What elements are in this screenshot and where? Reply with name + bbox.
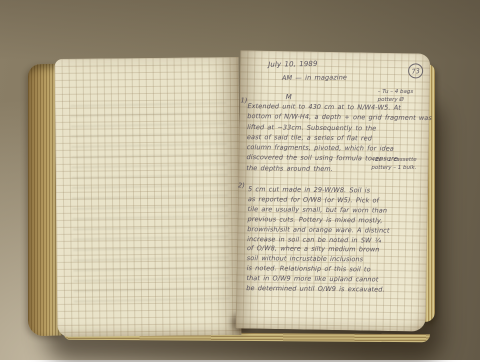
handwritten-time-note: AM — in magazine <box>282 73 347 82</box>
show-through-text <box>70 99 230 310</box>
entry-2-paragraph: 5 cm cut made in 29-W/W8. Soil isas repo… <box>246 185 424 297</box>
photo-background: July 10, 1989 AM — in magazine 73 M – Tu… <box>0 0 480 360</box>
handwritten-line: be determined until O/W9 is excavated. <box>246 284 422 296</box>
notebook: July 10, 1989 AM — in magazine 73 M – Tu… <box>26 48 440 342</box>
entry-1-marker: 1) <box>240 96 247 104</box>
page-number-circle: 73 <box>407 63 423 79</box>
handwritten-line: 42a – 1 cassette <box>371 157 416 165</box>
handwritten-date: July 10, 1989 <box>268 60 317 69</box>
entry-2-marker: 2) <box>238 181 245 189</box>
section-label: M <box>286 93 292 101</box>
handwritten-line: pottery – 1 bulk. <box>371 165 416 173</box>
right-page: July 10, 1989 AM — in magazine 73 M – Tu… <box>236 50 431 331</box>
handwritten-line: – Tu – 4 bags <box>378 89 414 97</box>
left-page <box>55 57 242 337</box>
margin-note-mid: 42a – 1 cassettepottery – 1 bulk. <box>371 157 416 173</box>
